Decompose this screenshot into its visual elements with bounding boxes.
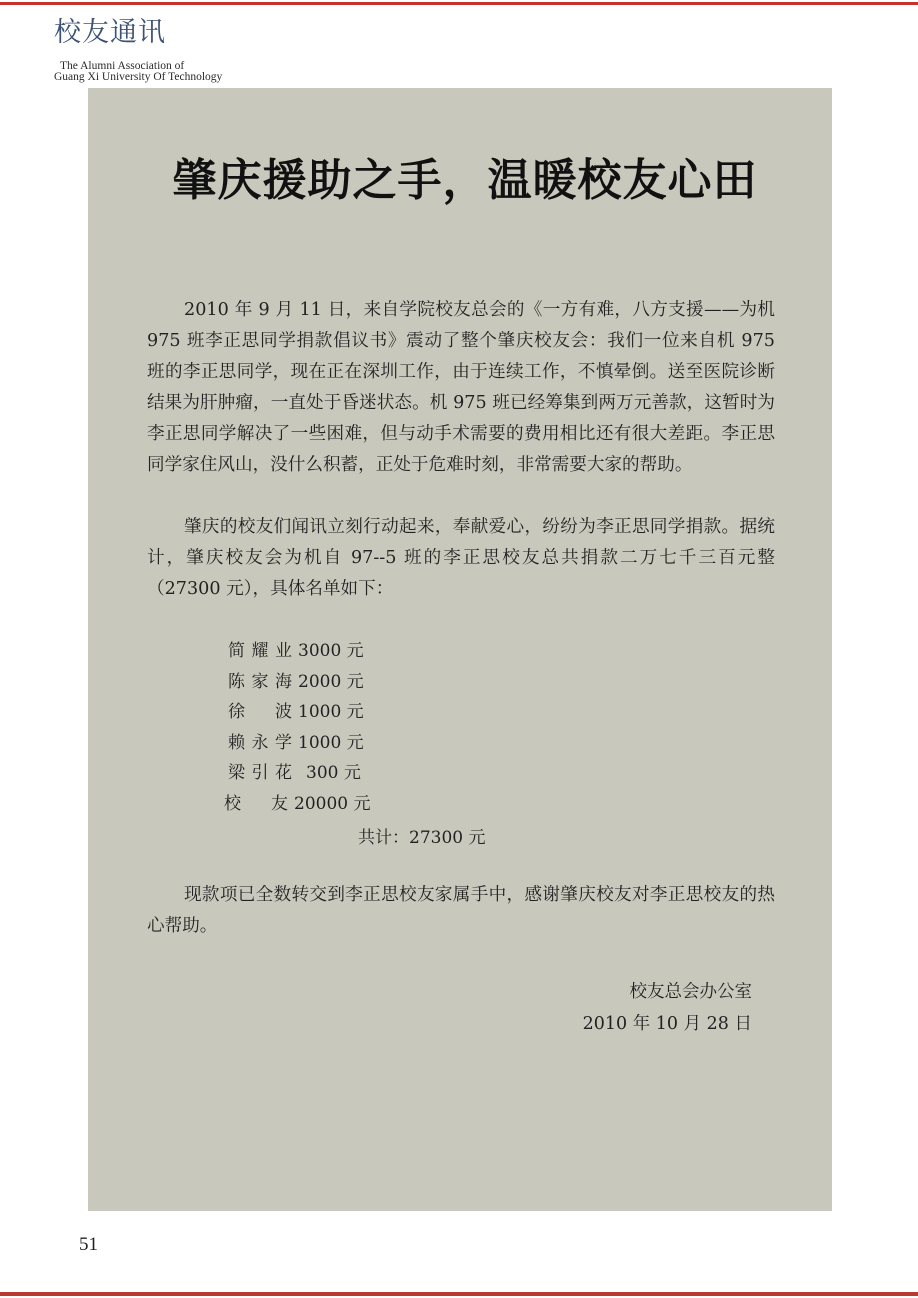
article-paragraph-2: 肇庆的校友们闻讯立刻行动起来，奉献爱心，纷纷为李正思同学捐款。据统计，肇庆校友会… — [147, 512, 775, 605]
donor-name: 梁引花 — [228, 758, 292, 789]
donor-amount: 1000 元 — [298, 728, 364, 759]
donor-amount: 1000 元 — [298, 697, 364, 728]
donor-amount: 3000 元 — [298, 636, 364, 667]
donor-amount: 300 元 — [298, 758, 361, 789]
donor-name: 陈家海 — [228, 667, 292, 698]
header-rule — [0, 2, 918, 5]
signoff-organization: 校友总会办公室 — [583, 976, 752, 1008]
donor-row: 赖永学 1000 元 — [228, 728, 370, 759]
page-number: 51 — [79, 1233, 98, 1257]
signoff: 校友总会办公室 2010 年 10 月 28 日 — [583, 976, 752, 1040]
donor-row: 梁引花 300 元 — [228, 758, 370, 789]
donor-amount: 2000 元 — [298, 667, 364, 698]
masthead-subtitle: The Alumni Association of Guang Xi Unive… — [54, 61, 222, 83]
donor-row: 校友 20000 元 — [228, 789, 370, 820]
footer-rule — [0, 1292, 918, 1296]
donor-name: 徐波 — [228, 697, 292, 728]
donor-list: 简耀业 3000 元 陈家海 2000 元 徐波 1000 元 赖永学 1000… — [228, 636, 370, 819]
donor-name: 校友 — [224, 789, 288, 820]
article-panel — [88, 88, 832, 1211]
donor-row: 简耀业 3000 元 — [228, 636, 370, 667]
paragraph-text: 现款项已全数转交到李正思校友家属手中，感谢肇庆校友对李正思校友的热心帮助。 — [147, 880, 775, 942]
paragraph-text: 2010 年 9 月 11 日，来自学院校友总会的《一方有难，八方支援——为机 … — [147, 295, 775, 481]
article-paragraph-3: 现款项已全数转交到李正思校友家属手中，感谢肇庆校友对李正思校友的热心帮助。 — [147, 880, 775, 942]
masthead-subtitle-line2: Guang Xi University Of Technology — [54, 72, 222, 83]
signoff-date: 2010 年 10 月 28 日 — [583, 1008, 752, 1040]
article-title: 肇庆援助之手，温暖校友心田 — [0, 152, 918, 210]
donor-name: 简耀业 — [228, 636, 292, 667]
donor-row: 陈家海 2000 元 — [228, 667, 370, 698]
masthead-title: 校友通讯 — [54, 16, 166, 50]
paragraph-text: 肇庆的校友们闻讯立刻行动起来，奉献爱心，纷纷为李正思同学捐款。据统计，肇庆校友会… — [147, 512, 775, 605]
donor-name: 赖永学 — [228, 728, 292, 759]
donation-total: 共计：27300 元 — [358, 823, 485, 853]
donor-row: 徐波 1000 元 — [228, 697, 370, 728]
donor-amount: 20000 元 — [294, 789, 370, 820]
article-paragraph-1: 2010 年 9 月 11 日，来自学院校友总会的《一方有难，八方支援——为机 … — [147, 295, 775, 481]
